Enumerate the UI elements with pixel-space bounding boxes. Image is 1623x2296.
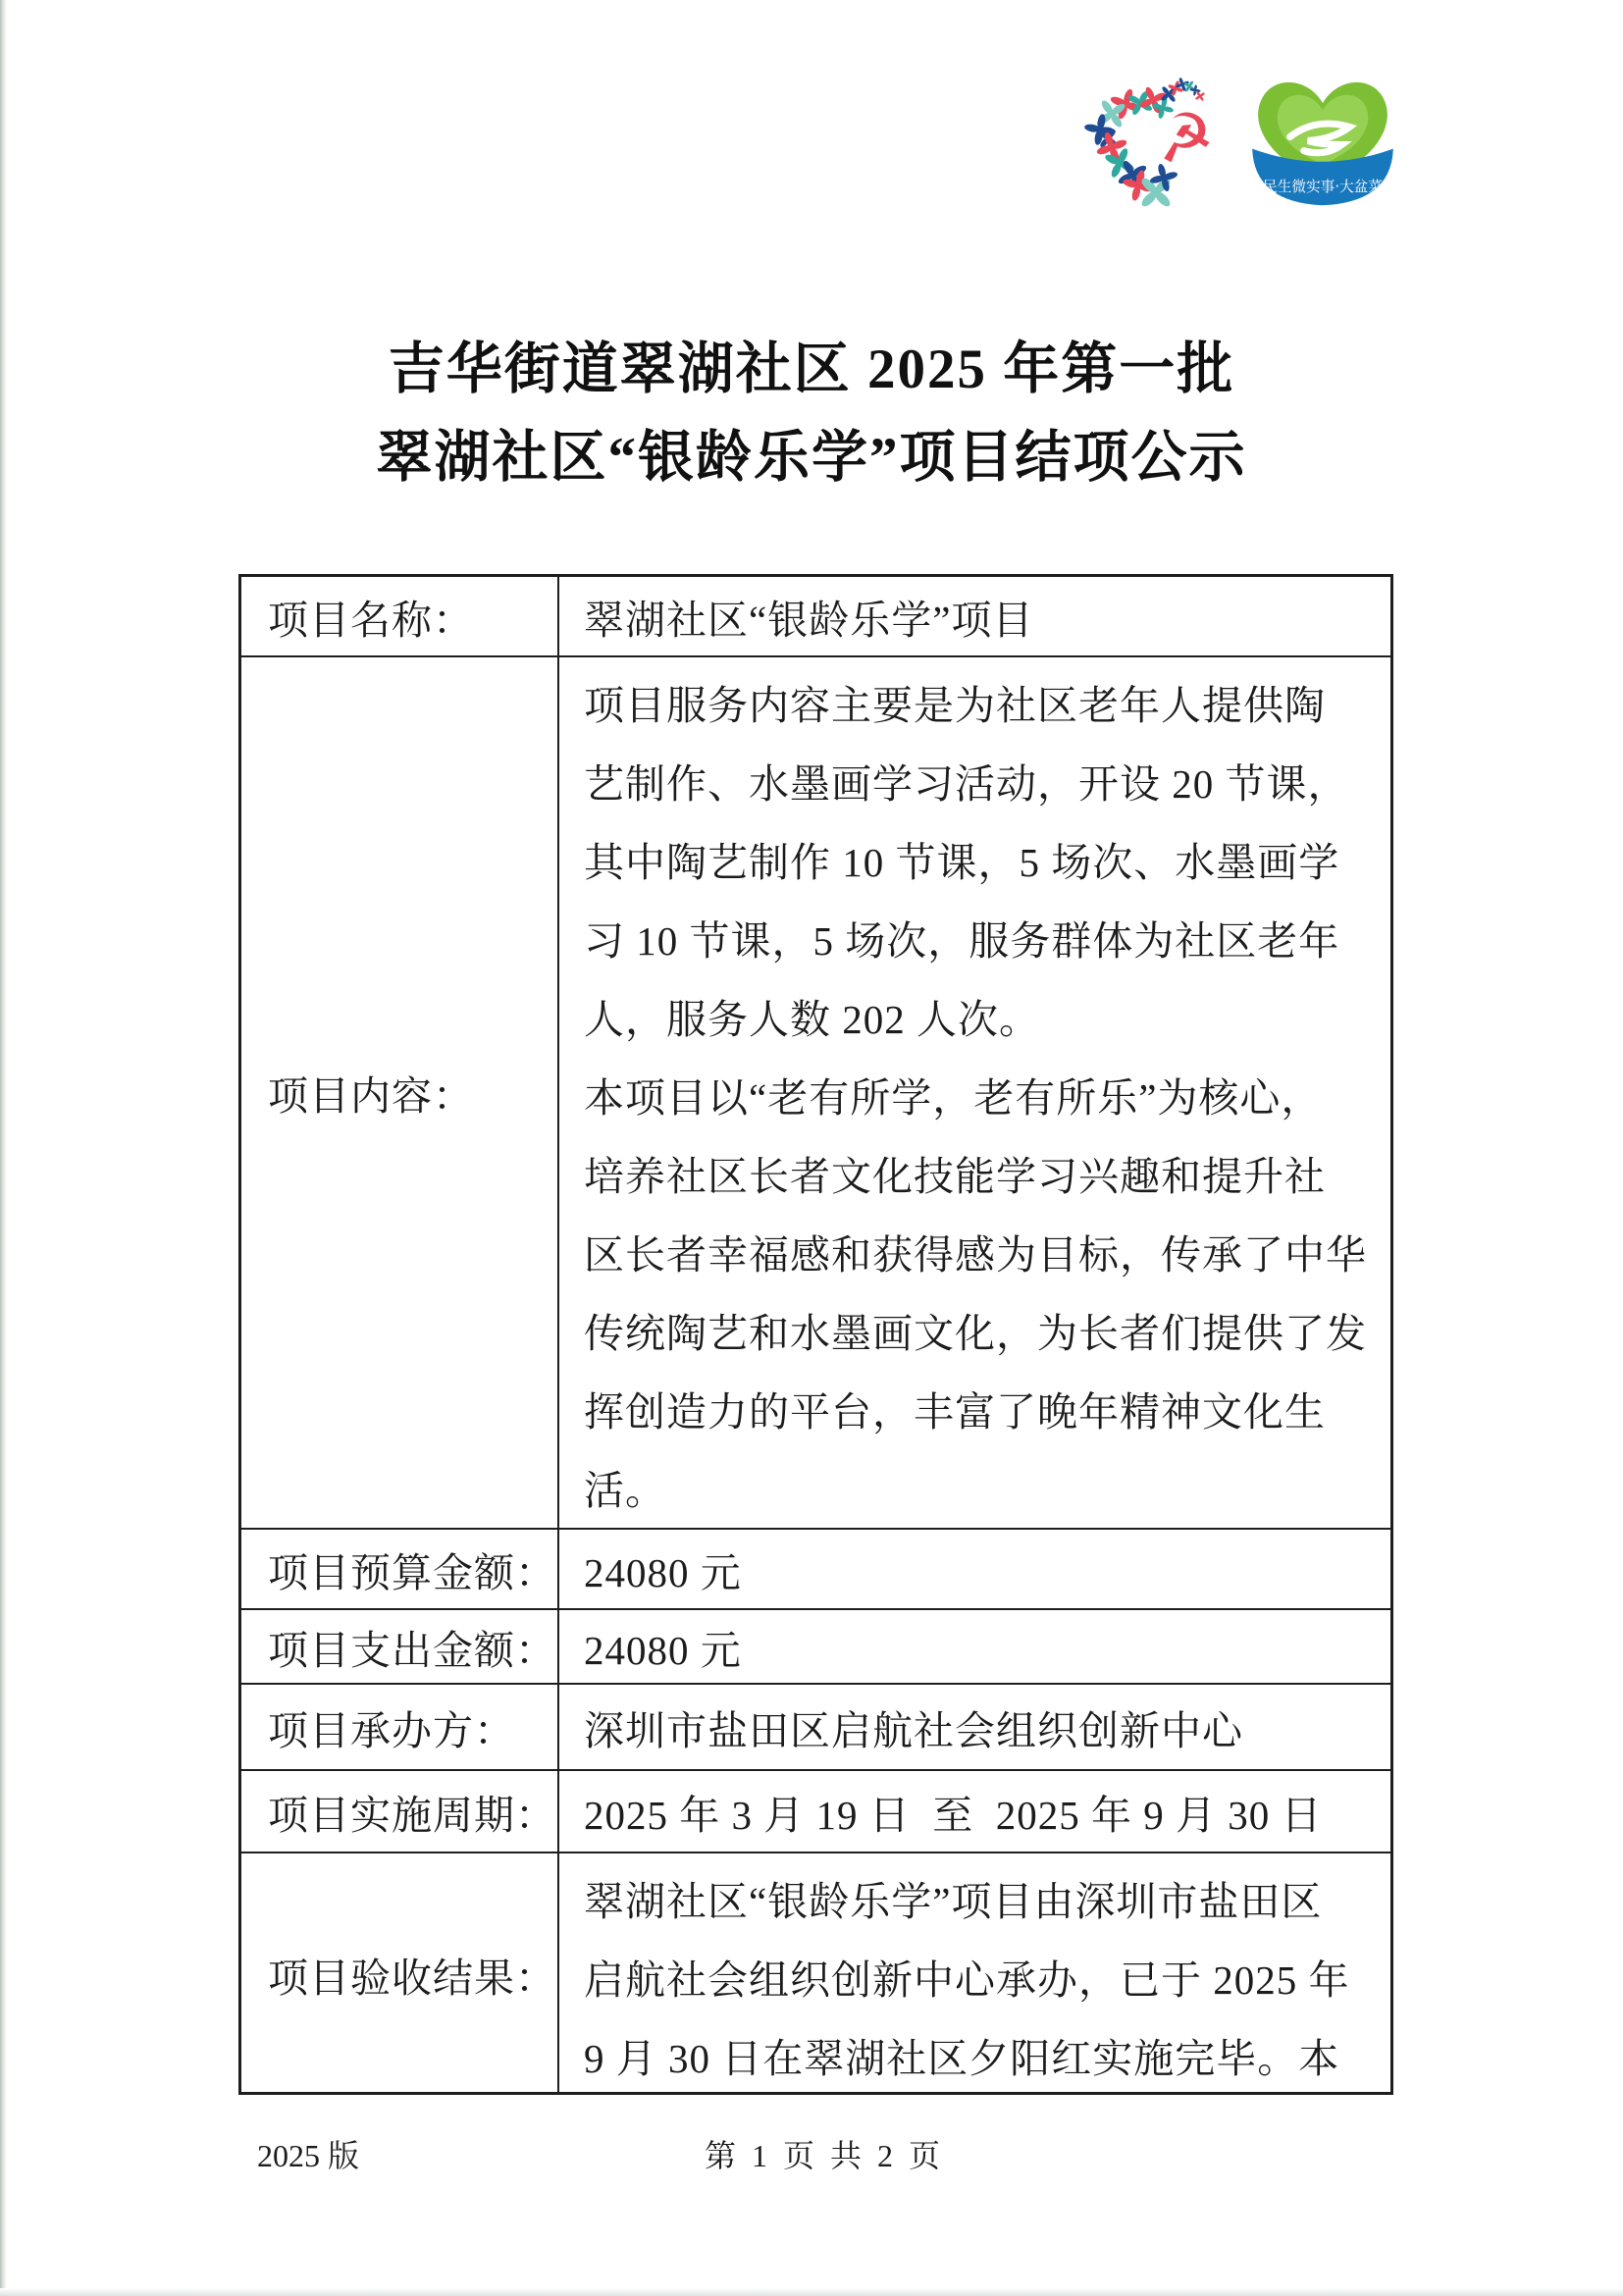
label-budget-amount: 项目预算金额：	[241, 1530, 559, 1608]
value-implementation-period: 2025 年 3 月 19 日 至 2025 年 9 月 30 日	[559, 1771, 1390, 1852]
hammer-sickle-icon: ☭	[1151, 96, 1219, 179]
table-row-organizer: 项目承办方： 深圳市盐田区启航社会组织创新中心	[241, 1683, 1390, 1769]
table-row-acceptance-result: 项目验收结果： 翠湖社区“银龄乐学”项目由深圳市盐田区 启航社会组织创新中心承办…	[241, 1852, 1390, 2095]
table-row-implementation-period: 项目实施周期： 2025 年 3 月 19 日 至 2025 年 9 月 30 …	[241, 1769, 1390, 1852]
table-row-expense-amount: 项目支出金额： 24080 元	[241, 1608, 1390, 1683]
title-line-2: 翠湖社区“银龄乐学”项目结项公示	[0, 414, 1623, 502]
value-acceptance-result: 翠湖社区“银龄乐学”项目由深圳市盐田区 启航社会组织创新中心承办，已于 2025…	[559, 1853, 1390, 2095]
table-row-budget-amount: 项目预算金额： 24080 元	[241, 1528, 1390, 1608]
label-project-name: 项目名称：	[241, 577, 559, 655]
scan-edge-artifact-bottom	[0, 2288, 1623, 2296]
table-row-project-name: 项目名称： 翠湖社区“银龄乐学”项目	[241, 577, 1390, 655]
value-expense-amount: 24080 元	[559, 1610, 1390, 1683]
label-implementation-period: 项目实施周期：	[241, 1771, 559, 1852]
minsheng-bowl-logo: 民生微实事·大盆菜	[1238, 65, 1407, 210]
title-line-1: 吉华街道翠湖社区 2025 年第一批	[0, 326, 1623, 414]
value-budget-amount: 24080 元	[559, 1530, 1390, 1608]
scanned-document-page: ☭ 民生微实事·大盆菜 吉华街道翠湖社区 2025 年第一批 翠湖社区“银龄乐学…	[0, 0, 1623, 2296]
document-title: 吉华街道翠湖社区 2025 年第一批 翠湖社区“银龄乐学”项目结项公示	[0, 326, 1623, 502]
footer-page-number: 第 1 页 共 2 页	[0, 2131, 1623, 2176]
project-notice-table: 项目名称： 翠湖社区“银龄乐学”项目 项目内容： 项目服务内容主要是为社区老年人…	[238, 574, 1393, 2095]
value-project-name: 翠湖社区“银龄乐学”项目	[559, 577, 1390, 655]
label-acceptance-result: 项目验收结果：	[241, 1853, 559, 2095]
value-organizer: 深圳市盐田区启航社会组织创新中心	[559, 1685, 1390, 1769]
value-project-content: 项目服务内容主要是为社区老年人提供陶 艺制作、水墨画学习活动，开设 20 节课，…	[559, 657, 1390, 1528]
label-expense-amount: 项目支出金额：	[241, 1610, 559, 1683]
party-heart-logo: ☭	[1052, 47, 1248, 214]
label-project-content: 项目内容：	[241, 657, 559, 1528]
table-row-project-content: 项目内容： 项目服务内容主要是为社区老年人提供陶 艺制作、水墨画学习活动，开设 …	[241, 655, 1390, 1528]
label-organizer: 项目承办方：	[241, 1685, 559, 1769]
bowl-caption-text: 民生微实事·大盆菜	[1263, 179, 1383, 195]
